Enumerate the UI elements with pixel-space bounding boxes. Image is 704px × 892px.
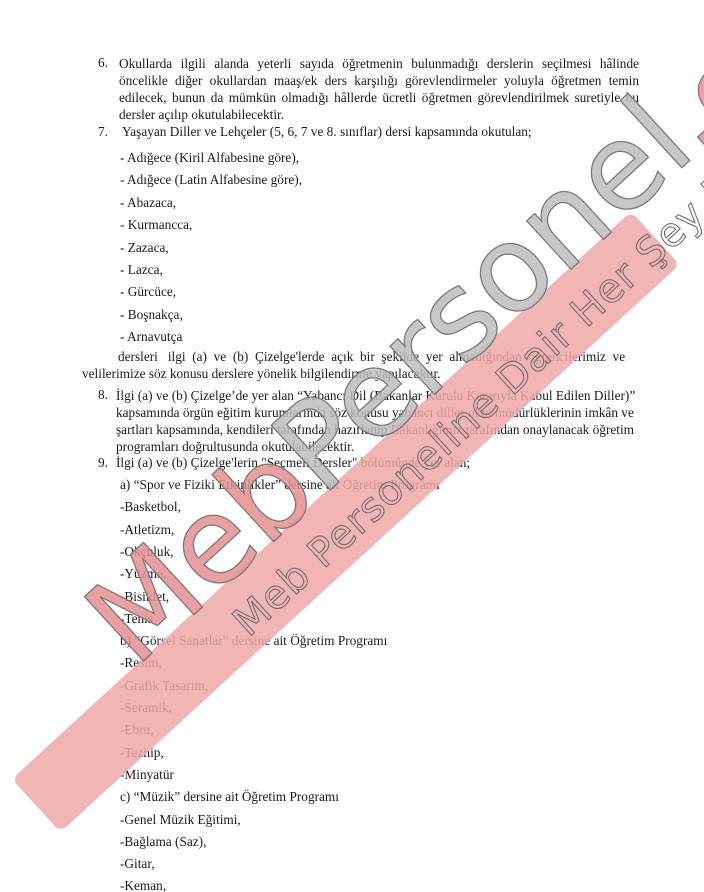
item-9-number: 9.	[98, 455, 108, 471]
section-heading: a) “Spor ve Fiziki Etkinlikler” dersine …	[120, 477, 440, 493]
section-heading: c) “Müzik” dersine ait Öğretim Programı	[120, 789, 339, 805]
language-list-item: - Zazaca,	[120, 240, 169, 256]
item-7-intro: Yaşayan Diller ve Lehçeler (5, 6, 7 ve 8…	[122, 124, 532, 140]
section-list-item: -Bağlama (Saz),	[120, 834, 206, 850]
document-page: 6. Okullarda ilgili alanda yeterli sayıd…	[0, 0, 704, 892]
section-list-item: -Ebru,	[120, 722, 154, 738]
language-list-item: - Adığece (Kiril Alfabesine göre),	[120, 150, 299, 166]
section-list-item: -Tenis	[120, 611, 153, 627]
item-7-note-line2: velilerimize söz konusu derslere yönelik…	[82, 366, 441, 382]
section-list-item: -Minyatür	[120, 767, 174, 783]
section-list-item: -Yüzme,	[120, 566, 166, 582]
section-list-item: -Gitar,	[120, 856, 155, 872]
language-list-item: - Abazaca,	[120, 195, 176, 211]
language-list-item: - Boşnakça,	[120, 307, 183, 323]
section-list-item: -Seramik,	[120, 700, 172, 716]
item-6-number: 6.	[98, 55, 108, 71]
language-list-item: - Adığece (Latin Alfabesine göre),	[120, 172, 302, 188]
section-list-item: -Atletizm,	[120, 522, 174, 538]
item-8-number: 8.	[98, 387, 108, 403]
item-9-intro: İlgi (a) ve (b) Çizelge'lerin "Seçmeli D…	[116, 455, 470, 471]
section-list-item: -Resim,	[120, 655, 162, 671]
language-list-item: - Kurmancca,	[120, 217, 192, 233]
item-7-number: 7.	[98, 124, 108, 140]
section-list-item: -Keman,	[120, 878, 166, 892]
section-list-item: -Okçuluk,	[120, 544, 174, 560]
language-list-item: - Gürcüce,	[120, 284, 176, 300]
item-6-text: Okullarda ilgili alanda yeterli sayıda ö…	[119, 55, 639, 123]
section-list-item: -Basketbol,	[120, 499, 181, 515]
item-7-note-line1: dersleri ilgi (a) ve (b) Çizelge'lerde a…	[118, 349, 638, 365]
language-list-item: - Arnavutça	[120, 329, 182, 345]
language-list-item: - Lazca,	[120, 262, 163, 278]
section-list-item: -Bisiklet,	[120, 589, 169, 605]
section-heading: b) “Görsel Sanatlar” dersine ait Öğretim…	[120, 633, 387, 649]
section-list-item: -Genel Müzik Eğitimi,	[120, 812, 241, 828]
section-list-item: -Grafik Tasarım,	[120, 678, 208, 694]
item-8-text: İlgi (a) ve (b) Çizelge’de yer alan “Yab…	[116, 387, 638, 455]
section-list-item: -Tezhip,	[120, 745, 164, 761]
